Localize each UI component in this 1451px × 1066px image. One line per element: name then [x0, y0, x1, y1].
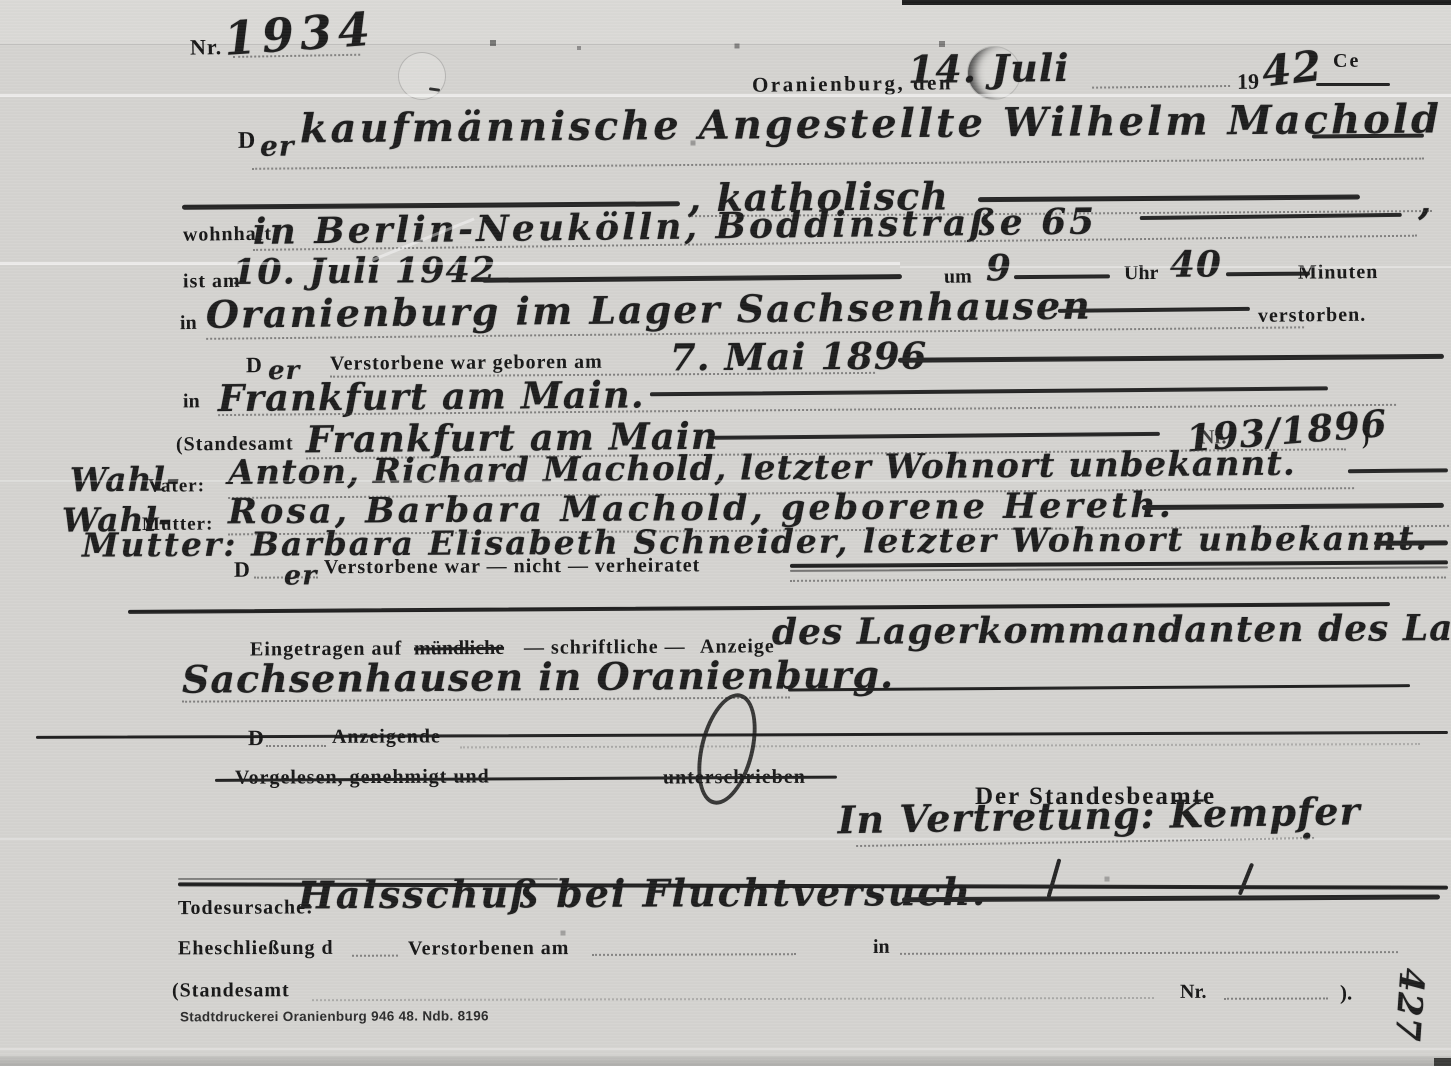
row-printer-mark: Stadtdruckerei Oranienburg 946 48. Ndb. …	[0, 1005, 1451, 1034]
birth-d-printed: D	[246, 352, 262, 378]
birth-line-label: Verstorbene war geboren am	[330, 351, 603, 376]
death-minutes-handwritten: 40	[1170, 243, 1222, 285]
marriage-label2: Verstorbenen am	[408, 937, 570, 961]
death-certificate-scan: Nr. 1934 Ce Oranienburg, den 14. Juli 19…	[0, 0, 1451, 1066]
handwritten-filler-stroke	[1014, 274, 1110, 279]
handwritten-filler-stroke	[1348, 468, 1448, 473]
death-place-label: in	[180, 312, 197, 335]
scan-streak	[900, 266, 1451, 268]
registrar-signature-handwritten: In Vertretung: Kempfer	[837, 788, 1361, 842]
registry-bottom-label: (Standesamt	[172, 979, 290, 1002]
informant-line2-handwritten: Sachsenhausen in Oranienburg.	[182, 652, 895, 702]
deceased-name-handwritten: kaufmännische Angestellte Wilhelm Machol…	[300, 95, 1443, 152]
dotted-guide	[1224, 998, 1328, 1000]
scan-streak	[0, 480, 1451, 482]
handwritten-filler-stroke	[650, 386, 1328, 396]
deceased-er-handwritten: er	[260, 129, 295, 162]
handwritten-filler-stroke	[1142, 503, 1444, 510]
dotted-guide	[312, 997, 1154, 1001]
dotted-guide	[900, 951, 1398, 955]
handwritten-filler-stroke	[482, 274, 902, 283]
handwritten-filler-stroke	[714, 432, 1160, 440]
printer-mark: Stadtdruckerei Oranienburg 946 48. Ndb. …	[180, 1008, 489, 1024]
scan-streak	[0, 838, 1451, 840]
scan-streak	[0, 94, 1451, 97]
dotted-guide	[592, 953, 796, 956]
death-place-handwritten: Oranienburg im Lager Sachsenhausen	[206, 283, 1092, 337]
handwritten-filler-stroke	[1058, 307, 1250, 313]
dateline-year-handwritten: 42	[1259, 41, 1325, 97]
death-cause-handwritten: Halsschuß bei Fluchtversuch.	[298, 869, 988, 918]
dotted-guide	[790, 576, 1446, 581]
filler-line-echo	[790, 566, 1448, 571]
dateline-day-month-handwritten: 14. Juli	[908, 45, 1070, 92]
dotted-guide	[252, 158, 1424, 170]
registry-bottom-nr-label: Nr.	[1180, 981, 1207, 1004]
death-cause-label: Todesursache:	[178, 896, 314, 920]
marriage-label1: Eheschließung d	[178, 937, 334, 961]
dotted-guide	[352, 955, 398, 957]
scan-bottom-shadow	[0, 1056, 1451, 1066]
scan-bottom-right-mark	[1434, 1058, 1451, 1066]
marital-text: Verstorbene war — nicht — verheiratet	[324, 554, 700, 579]
marital-d-printed: D	[234, 557, 250, 583]
handwritten-filler-stroke	[898, 354, 1444, 362]
handwritten-filler-stroke	[1140, 213, 1402, 220]
verstorben-label: verstorben.	[1258, 304, 1366, 328]
dust-specks	[0, 0, 2, 2]
informant-line1-handwritten: des Lagerkommandanten des Lagers	[772, 607, 1451, 654]
dateline-year-printed: 19	[1237, 69, 1259, 95]
dotted-guide	[266, 745, 326, 747]
death-date-handwritten: 10. Juli 1942	[232, 250, 497, 293]
anzeigende-d-printed: D	[248, 725, 264, 751]
scan-streak	[0, 262, 900, 265]
marital-er-handwritten: er	[284, 560, 318, 591]
margin-number-handwritten: 427	[1386, 967, 1431, 1044]
marriage-label3: in	[873, 936, 890, 959]
anzeigende-label: Anzeigende	[332, 725, 441, 748]
deceased-d-printed: D	[238, 128, 256, 155]
dotted-guide	[1092, 85, 1230, 89]
signature-period: .	[1299, 803, 1314, 848]
row-marital-status: D er Verstorbene war — nicht — verheirat…	[0, 542, 1451, 605]
birth-place-label: in	[183, 390, 200, 413]
registry-bottom-close: ).	[1340, 980, 1352, 1005]
dotted-guide	[460, 743, 1420, 748]
scan-streak	[0, 1048, 1451, 1050]
